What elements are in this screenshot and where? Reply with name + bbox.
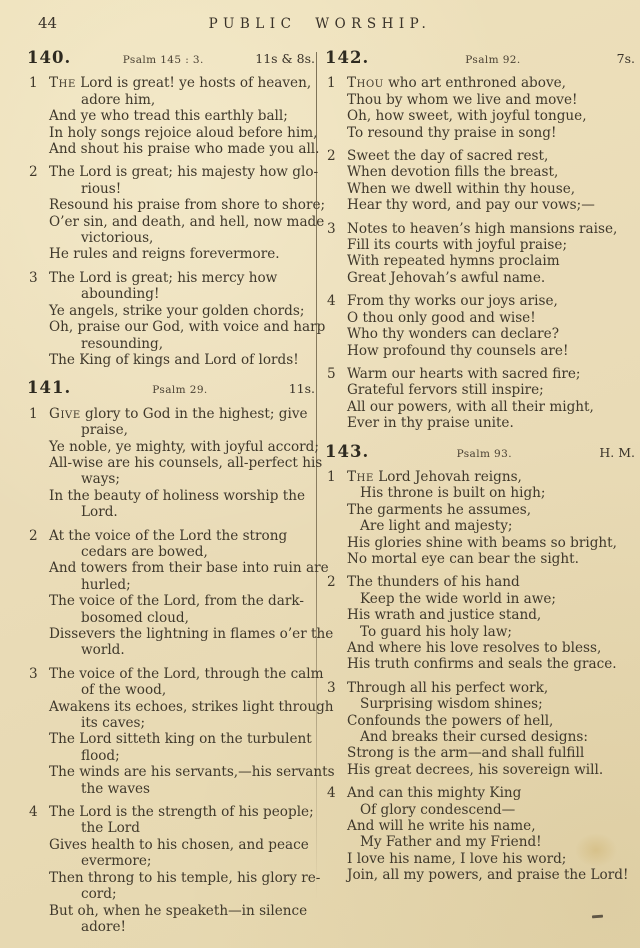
column-left: 140.Psalm 145 : 3.11s & 8s.1The Lord is … [27, 50, 315, 935]
verse: 3The voice of the Lord, through the calm… [27, 666, 315, 797]
verse-line: Gives health to his chosen, and peace [27, 837, 315, 853]
verse-line: ways; [27, 471, 315, 487]
smallcaps-lead: Thou [347, 75, 384, 91]
verse-line: And ye who tread this earthly ball; [27, 108, 315, 124]
verse-line: The garments he assumes, [325, 502, 635, 518]
verse-line: Dissevers the lightning in flames o’er t… [27, 626, 315, 642]
paper-stain [575, 833, 617, 867]
verse-number: 2 [327, 148, 336, 164]
verse-line: And where his love resolves to bless, [325, 640, 635, 656]
hymn-psalm-ref: Psalm 93. [369, 446, 599, 462]
verse: 4From thy works our joys arise,O thou on… [325, 293, 635, 359]
verse-line: Who thy wonders can declare? [325, 326, 635, 342]
hymn-140: 140.Psalm 145 : 3.11s & 8s.1The Lord is … [27, 50, 315, 368]
verse-number: 1 [327, 75, 336, 91]
verse-line: No mortal eye can bear the sight. [325, 551, 635, 567]
verse-line: Ever in thy praise unite. [325, 415, 635, 431]
verse-number: 3 [327, 221, 336, 237]
ink-artifact [592, 915, 603, 919]
verse: 2Sweet the day of sacred rest,When devot… [325, 148, 635, 214]
verse-line: abounding! [27, 286, 315, 302]
verse-line: How profound thy counsels are! [325, 343, 635, 359]
verse-line: His glories shine with beams so bright, [325, 535, 635, 551]
verse-number: 3 [29, 270, 38, 286]
verse-number: 1 [29, 75, 38, 91]
verse-line: O thou only good and wise! [325, 310, 635, 326]
verse-line: adore him, [27, 92, 315, 108]
verse-line: The Lord is great; his majesty how glo- [27, 164, 315, 180]
verse: 3The Lord is great; his mercy howaboundi… [27, 270, 315, 368]
verse-line: The Lord sitteth king on the turbulent [27, 731, 315, 747]
verse: 1The Lord Jehovah reigns,His throne is b… [325, 469, 635, 567]
verse-line: And shout his praise who made you all. [27, 141, 315, 157]
hymn-number: 143. [325, 444, 369, 460]
verse-line: Grateful fervors still inspire; [325, 382, 635, 398]
verse-line: cedars are bowed, [27, 544, 315, 560]
verse-line: Of glory condescend— [325, 802, 635, 818]
verse-line: Hear thy word, and pay our vows;— [325, 197, 635, 213]
hymn-meter: 11s & 8s. [255, 51, 315, 67]
verse: 3Through all his perfect work,Surprising… [325, 680, 635, 778]
running-header: 44 PUBLIC WORSHIP. [0, 14, 640, 36]
verse-line: Give glory to God in the highest; give [27, 406, 315, 422]
verse-line: Ye noble, ye mighty, with joyful accord; [27, 439, 315, 455]
verse-line: The King of kings and Lord of lords! [27, 352, 315, 368]
verse-line: Oh, how sweet, with joyful tongue, [325, 108, 635, 124]
verse-line: Oh, praise our God, with voice and harp [27, 319, 315, 335]
hymn-meter: 7s. [617, 51, 635, 67]
verse-number: 2 [29, 164, 38, 180]
verse-line: Awakens its echoes, strikes light throug… [27, 699, 315, 715]
hymn-header: 142.Psalm 92.7s. [325, 50, 635, 68]
verse-line: From thy works our joys arise, [325, 293, 635, 309]
verse-line: Are light and majesty; [325, 518, 635, 534]
verse-line: world. [27, 642, 315, 658]
verse-line: praise, [27, 422, 315, 438]
hymn-142: 142.Psalm 92.7s.1Thou who art enthroned … [325, 50, 635, 432]
verse: 2At the voice of the Lord the strongceda… [27, 528, 315, 659]
verse-line: When we dwell within thy house, [325, 181, 635, 197]
verse-line: And towers from their base into ruin are [27, 560, 315, 576]
verse-line: Ye angels, strike your golden chords; [27, 303, 315, 319]
verse: 1Thou who art enthroned above,Thou by wh… [325, 75, 635, 141]
verse-line: Lord. [27, 504, 315, 520]
verse-line: The winds are his servants,—his servants [27, 764, 315, 780]
smallcaps-lead: Give [49, 406, 81, 422]
verse-line: hurled; [27, 577, 315, 593]
verse-line: flood; [27, 748, 315, 764]
verse-line: The thunders of his hand [325, 574, 635, 590]
smallcaps-lead: The [347, 469, 374, 485]
verse-line: And will he write his name, [325, 818, 635, 834]
verse: 1The Lord is great! ye hosts of heaven,a… [27, 75, 315, 157]
verse-line: Thou who art enthroned above, [325, 75, 635, 91]
hymn-number: 141. [27, 380, 71, 396]
hymn-header: 140.Psalm 145 : 3.11s & 8s. [27, 50, 315, 68]
verse-number: 4 [29, 804, 38, 820]
verse-line: At the voice of the Lord the strong [27, 528, 315, 544]
verse-line: Surprising wisdom shines; [325, 696, 635, 712]
verse-line: Join, all my powers, and praise the Lord… [325, 867, 635, 883]
verse-line: evermore; [27, 853, 315, 869]
verse: 3Notes to heaven’s high mansions raise,F… [325, 221, 635, 287]
hymn-meter: H. M. [599, 445, 635, 461]
hymn-141: 141.Psalm 29.11s.1Give glory to God in t… [27, 380, 315, 935]
hymn-number: 142. [325, 50, 369, 66]
verse-line: the Lord [27, 820, 315, 836]
hymn-meter: 11s. [289, 381, 315, 397]
verse: 4The Lord is the strength of his people;… [27, 804, 315, 935]
verse: 2The Lord is great; his majesty how glo-… [27, 164, 315, 262]
verse-number: 4 [327, 293, 336, 309]
verse-number: 3 [29, 666, 38, 682]
verse: 1Give glory to God in the highest; givep… [27, 406, 315, 521]
hymn-psalm-ref: Psalm 145 : 3. [71, 52, 255, 68]
verse-line: rious! [27, 181, 315, 197]
verse-line: To guard his holy law; [325, 624, 635, 640]
verse-line: Warm our hearts with sacred fire; [325, 366, 635, 382]
verse-line: The voice of the Lord, from the dark- [27, 593, 315, 609]
verse-line: Keep the wide world in awe; [325, 591, 635, 607]
verse-line: The Lord Jehovah reigns, [325, 469, 635, 485]
verse-number: 1 [29, 406, 38, 422]
verse-line: His great decrees, his sovereign will. [325, 762, 635, 778]
verse-line: Thou by whom we live and move! [325, 92, 635, 108]
hymn-header: 141.Psalm 29.11s. [27, 380, 315, 398]
verse-line: resounding, [27, 336, 315, 352]
verse-number: 2 [327, 574, 336, 590]
verse-line: Notes to heaven’s high mansions raise, [325, 221, 635, 237]
column-right: 142.Psalm 92.7s.1Thou who art enthroned … [325, 50, 635, 884]
verse-line: cord; [27, 886, 315, 902]
verse: 5Warm our hearts with sacred fire;Gratef… [325, 366, 635, 432]
verse-line: The voice of the Lord, through the calm [27, 666, 315, 682]
verse-line: The Lord is the strength of his people; [27, 804, 315, 820]
verse-line: bosomed cloud, [27, 610, 315, 626]
verse-line: In holy songs rejoice aloud before him, [27, 125, 315, 141]
verse-line: Through all his perfect work, [325, 680, 635, 696]
verse-line: His throne is built on high; [325, 485, 635, 501]
verse-number: 4 [327, 785, 336, 801]
verse-line: Fill its courts with joyful praise; [325, 237, 635, 253]
smallcaps-lead: The [49, 75, 76, 91]
hymn-header: 143.Psalm 93.H. M. [325, 444, 635, 462]
verse-line: Sweet the day of sacred rest, [325, 148, 635, 164]
verse-line: its caves; [27, 715, 315, 731]
verse-number: 2 [29, 528, 38, 544]
verse-line: the waves [27, 781, 315, 797]
verse-line: And breaks their cursed designs: [325, 729, 635, 745]
hymn-number: 140. [27, 50, 71, 66]
verse-line: Resound his praise from shore to shore; [27, 197, 315, 213]
hymn-143: 143.Psalm 93.H. M.1The Lord Jehovah reig… [325, 444, 635, 884]
verse-line: Then throng to his temple, his glory re- [27, 870, 315, 886]
verse-line: victorious, [27, 230, 315, 246]
verse-line: His wrath and justice stand, [325, 607, 635, 623]
verse-line: The Lord is great! ye hosts of heaven, [27, 75, 315, 91]
verse-line: All-wise are his counsels, all-perfect h… [27, 455, 315, 471]
verse-line: of the wood, [27, 682, 315, 698]
verse-number: 5 [327, 366, 336, 382]
verse-line: With repeated hymns proclaim [325, 253, 635, 269]
verse-line: But oh, when he speaketh—in silence [27, 903, 315, 919]
verse-line: His truth confirms and seals the grace. [325, 656, 635, 672]
verse-line: Strong is the arm—and shall fulfill [325, 745, 635, 761]
verse-line: The Lord is great; his mercy how [27, 270, 315, 286]
verse-line: When devotion fills the breast, [325, 164, 635, 180]
verse-line: All our powers, with all their might, [325, 399, 635, 415]
page-title: PUBLIC WORSHIP. [0, 16, 640, 32]
verse: 2The thunders of his handKeep the wide w… [325, 574, 635, 672]
verse-line: To resound thy praise in song! [325, 125, 635, 141]
verse-number: 3 [327, 680, 336, 696]
verse-line: adore! [27, 919, 315, 935]
verse-line: Confounds the powers of hell, [325, 713, 635, 729]
verse-line: O’er sin, and death, and hell, now made [27, 214, 315, 230]
verse-line: And can this mighty King [325, 785, 635, 801]
hymn-psalm-ref: Psalm 92. [369, 52, 616, 68]
verse-number: 1 [327, 469, 336, 485]
hymn-psalm-ref: Psalm 29. [71, 382, 289, 398]
verse-line: He rules and reigns forevermore. [27, 246, 315, 262]
verse-line: Great Jehovah’s awful name. [325, 270, 635, 286]
verse-line: In the beauty of holiness worship the [27, 488, 315, 504]
